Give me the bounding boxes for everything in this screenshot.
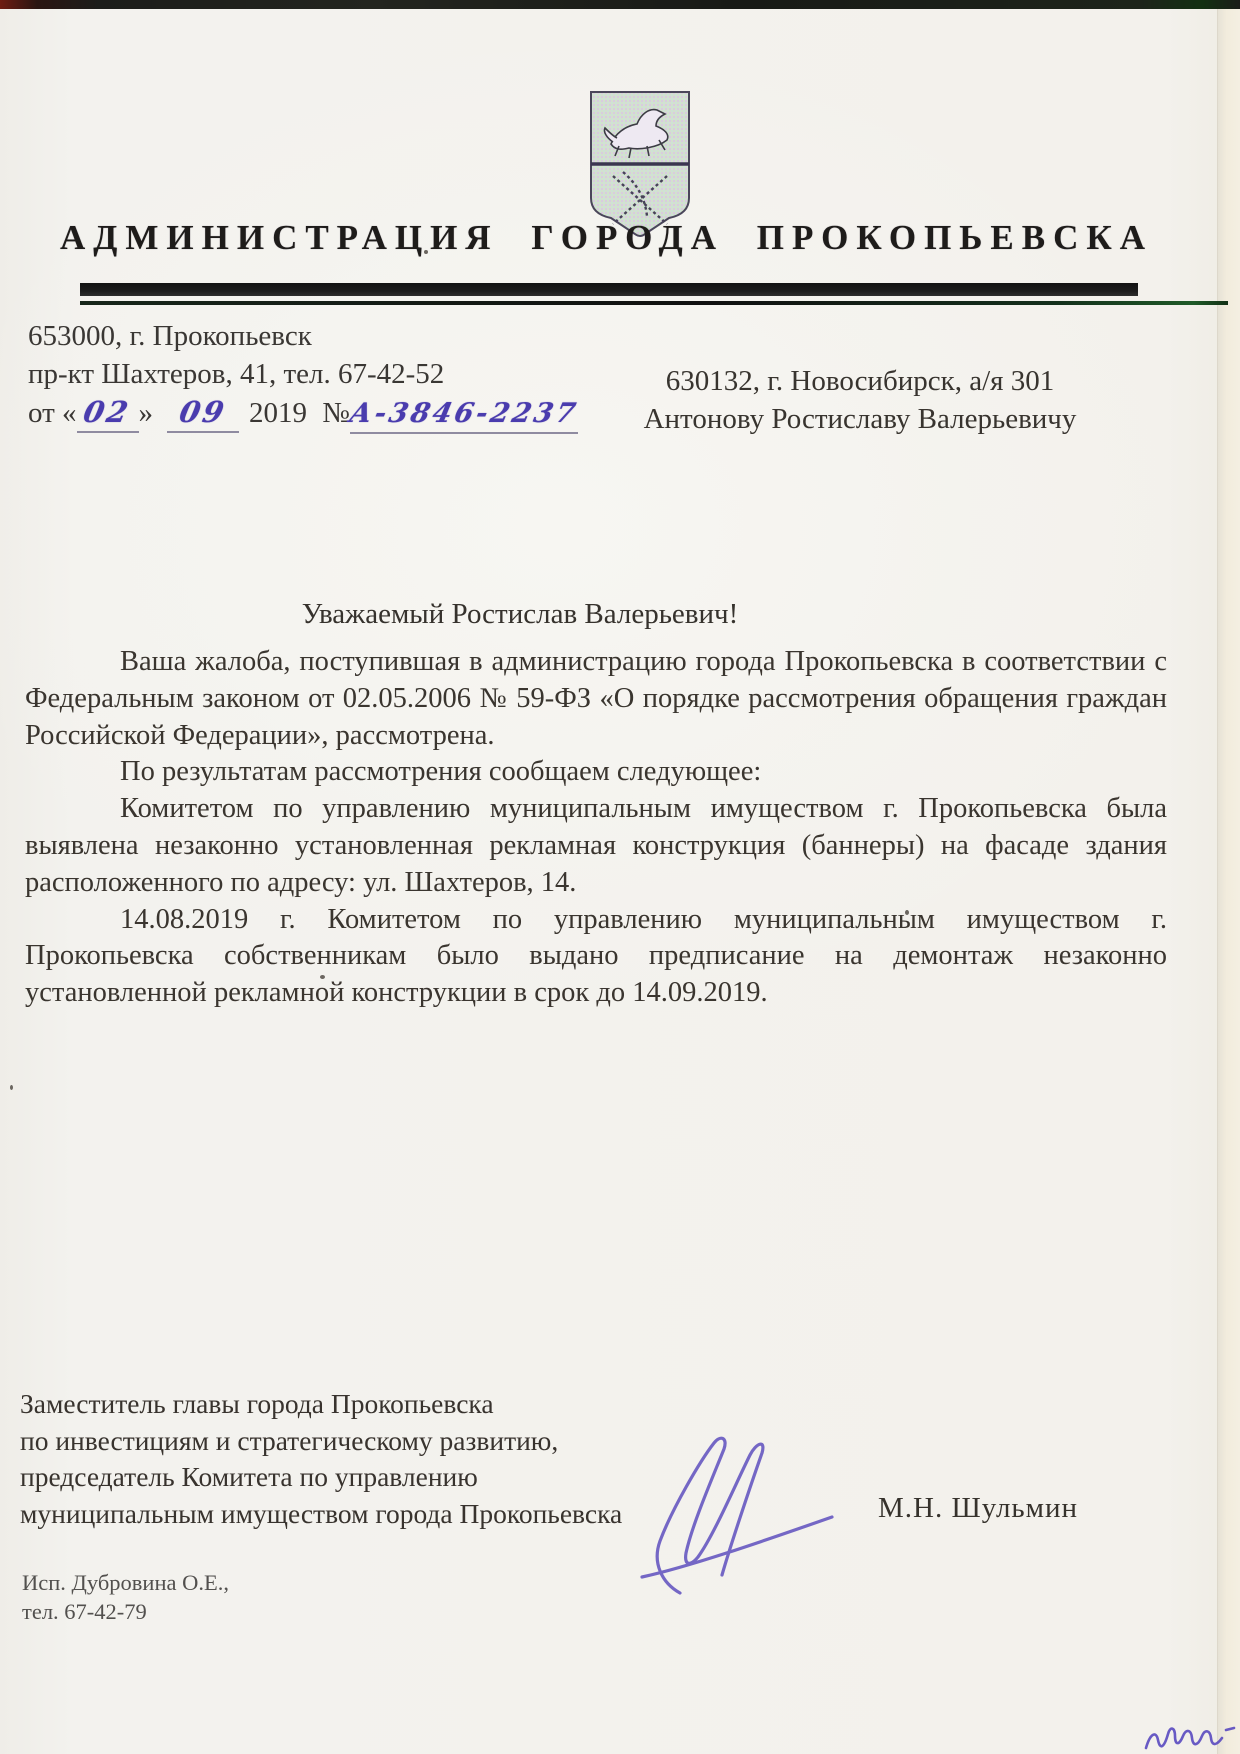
date-prefix: от « [28,397,77,429]
paragraph-4: 14.08.2019 г. Комитетом по управлению му… [25,902,1167,1012]
signer-position-line4: муниципальным имуществом города Прокопье… [20,1496,660,1533]
header-rule-thin [80,301,1228,305]
paragraph-2: По результатам рассмотрения сообщаем сле… [25,754,1167,791]
handwritten-number: А-3846-2237 [346,396,581,432]
handwritten-day: 02 [81,394,135,430]
header-rule-thick [80,283,1138,296]
scan-speck [424,250,428,254]
paragraph-1: Ваша жалоба, поступившая в администрацию… [25,644,1167,754]
handwritten-signature-icon [628,1425,843,1600]
paragraph-3: Комитетом по управлению муниципальным им… [25,791,1167,901]
recipient-name: Антонову Ростиславу Валерьевичу [600,400,1120,438]
sender-block: 653000, г. Прокопьевск пр-кт Шахтеров, 4… [28,318,588,434]
sender-address-line2: пр-кт Шахтеров, 41, тел. 67-42-52 [28,356,588,392]
coat-of-arms-icon [585,88,695,238]
executor-block: Исп. Дубровина О.Е., тел. 67-42-79 [22,1568,322,1626]
letter-page: АДМИНИСТРАЦИЯ ГОРОДА ПРОКОПЬЕВСКА 653000… [0,0,1240,1754]
scan-edge-right [1217,9,1240,1754]
recipient-address: 630132, г. Новосибирск, а/я 301 [600,362,1120,400]
letter-body: Ваша жалоба, поступившая в администрацию… [25,644,1167,1012]
date-quote-close: » [139,397,154,429]
date-year: 2019 [249,397,307,429]
scan-speck [10,1085,13,1090]
number-label: № [322,397,350,429]
signer-position-line2: по инвестициям и стратегическому развити… [20,1423,660,1460]
sender-address-line1: 653000, г. Прокопьевск [28,318,588,354]
signer-position-line1: Заместитель главы города Прокопьевска [20,1386,660,1423]
signer-position-line3: председатель Комитета по управлению [20,1459,660,1496]
salutation: Уважаемый Ростислав Валерьевич! [0,598,1040,631]
handwritten-month: 09 [176,394,230,430]
signer-name: М.Н. Шульмин [878,1492,1078,1525]
scan-speck [905,910,909,915]
executor-name: Исп. Дубровина О.Е., [22,1568,322,1597]
reference-date-line: от «02»092019 №А-3846-2237 [28,394,588,434]
scan-speck [320,975,325,979]
recipient-block: 630132, г. Новосибирск, а/я 301 Антонову… [600,362,1120,438]
signer-position-block: Заместитель главы города Прокопьевска по… [20,1386,660,1532]
organization-title: АДМИНИСТРАЦИЯ ГОРОДА ПРОКОПЬЕВСКА [60,218,1020,258]
scan-edge-top [0,0,1240,9]
executor-phone: тел. 67-42-79 [22,1597,322,1626]
handwritten-corner-note-icon [1142,1718,1238,1754]
